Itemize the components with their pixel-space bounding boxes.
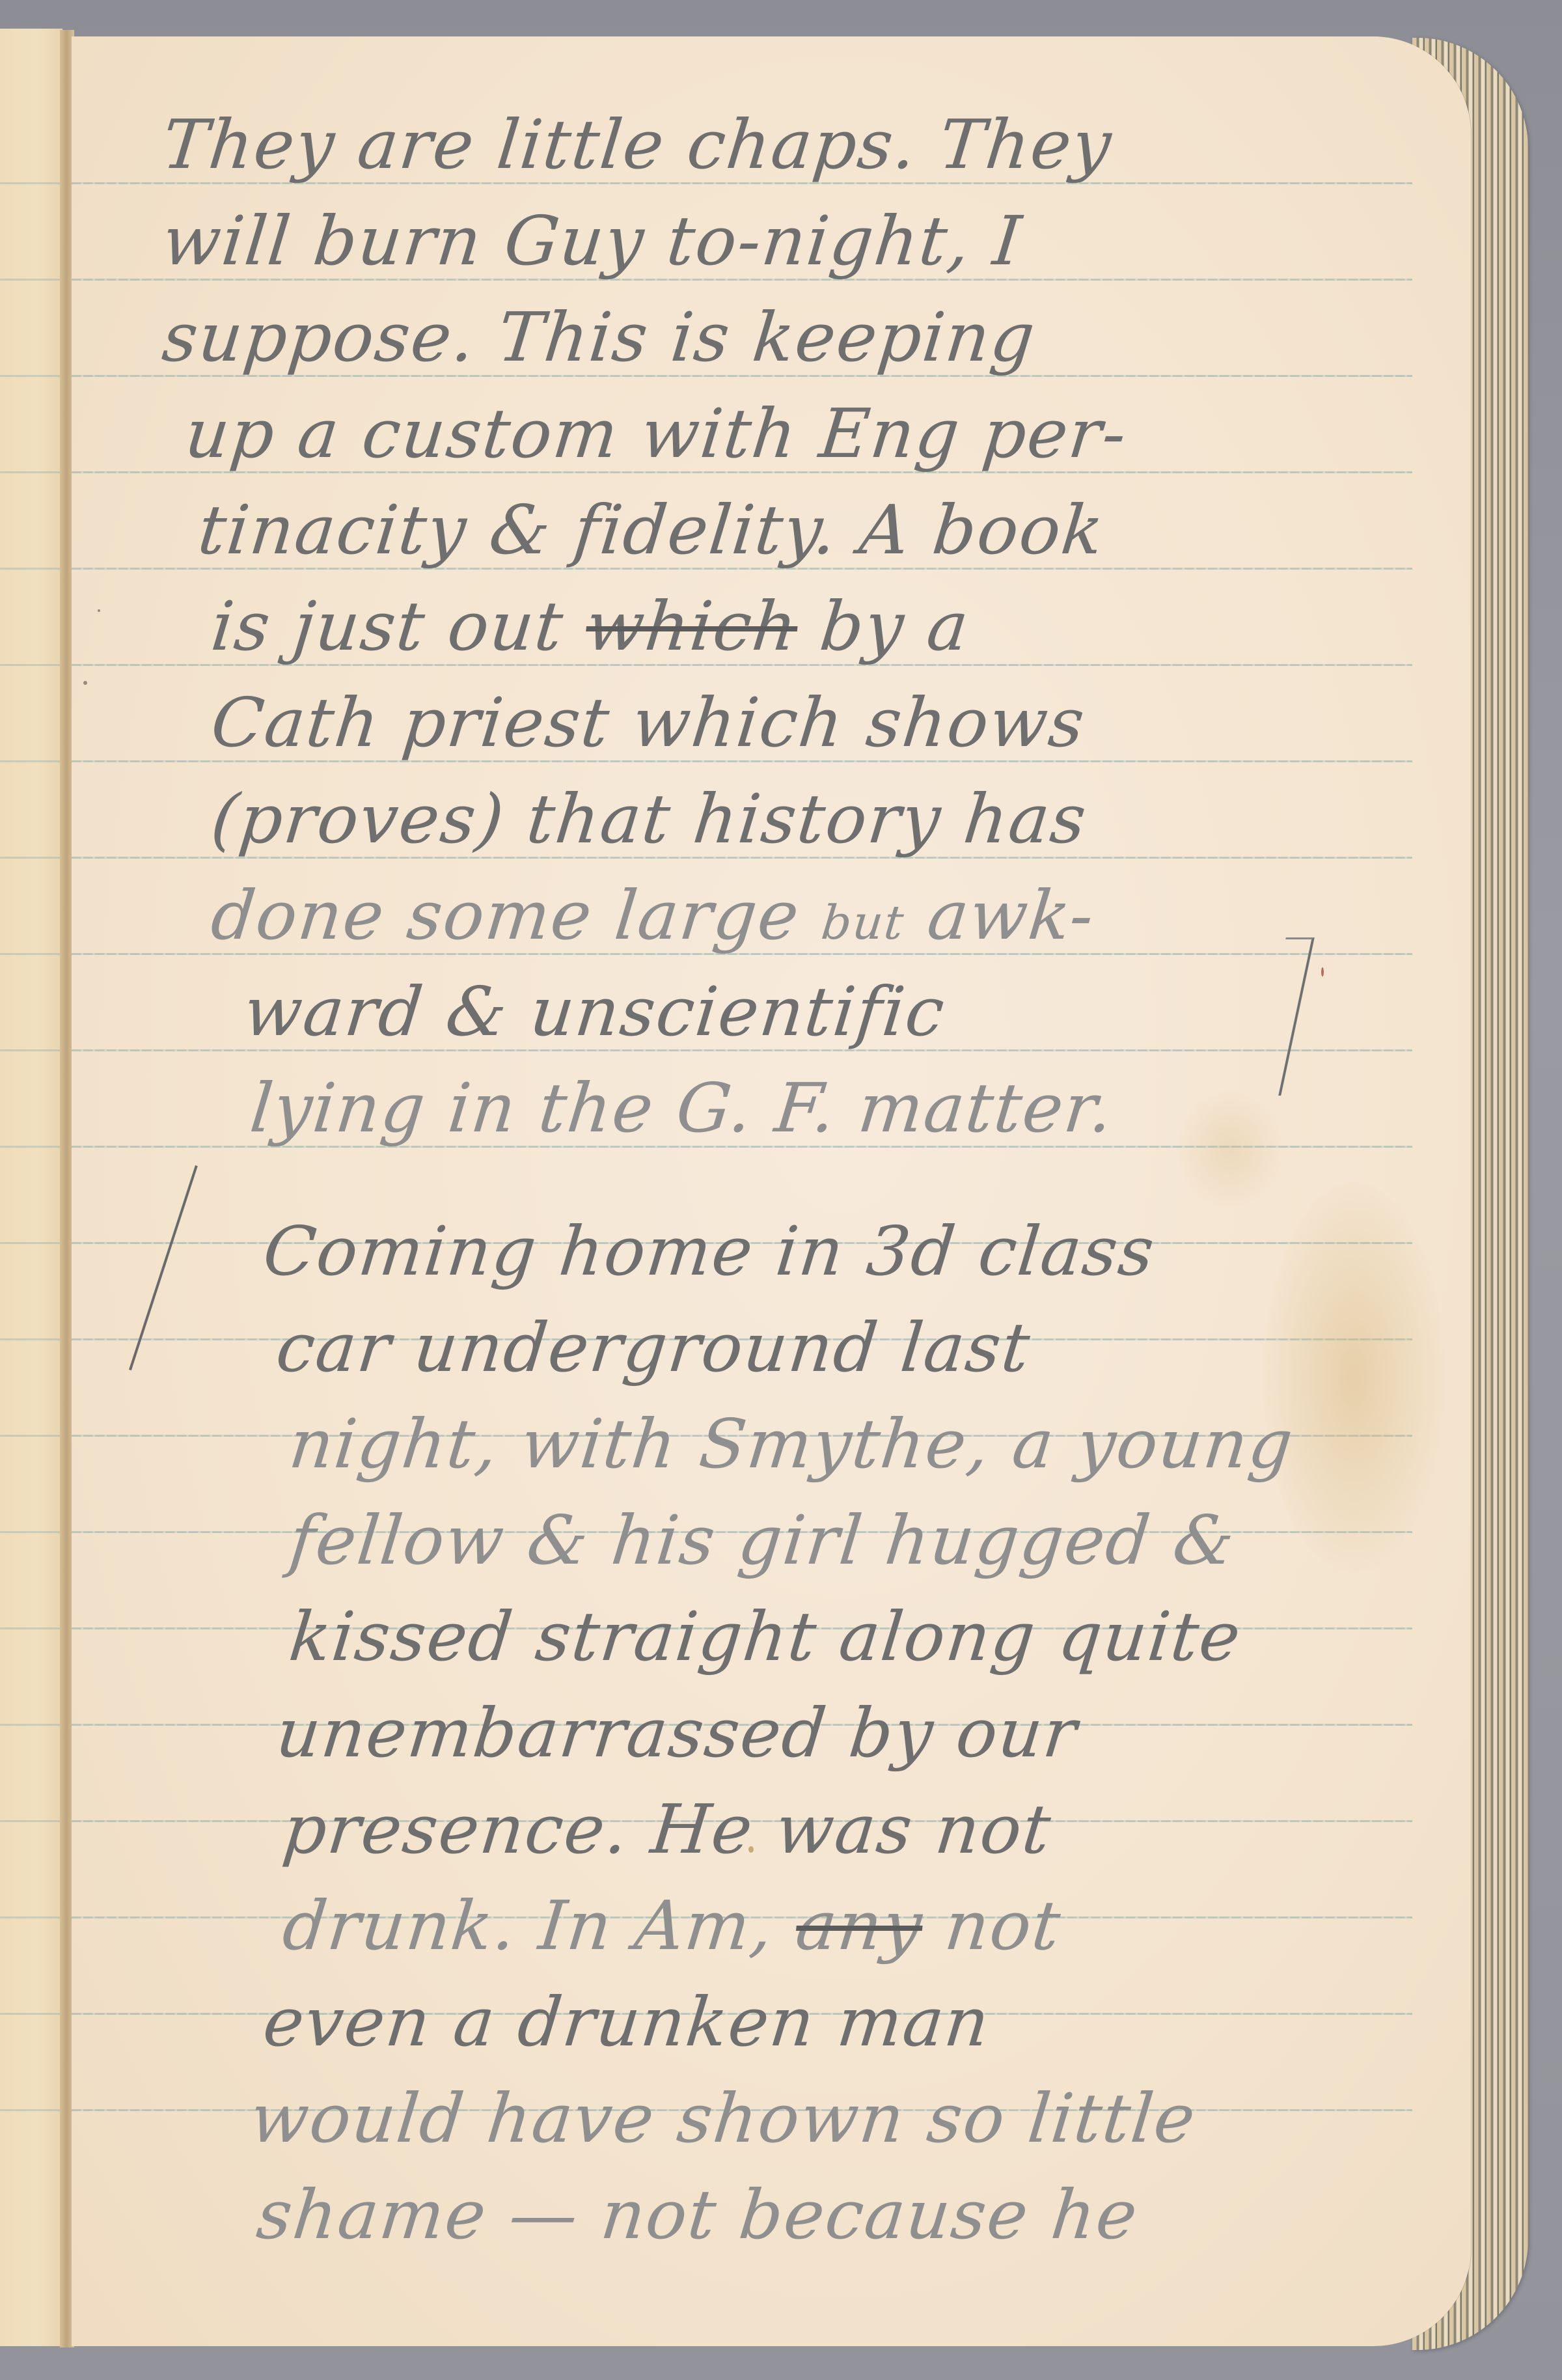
paper-stain bbox=[1178, 1091, 1282, 1208]
handwritten-line: Coming home in 3d class bbox=[260, 1217, 1158, 1285]
handwritten-line: presence. He was not bbox=[280, 1795, 1055, 1863]
handwritten-line: fellow & his girl hugged & bbox=[286, 1506, 1239, 1574]
handwritten-line: up a custom with Eng per- bbox=[182, 400, 1130, 467]
ruled-line bbox=[0, 1627, 62, 1629]
text-segment: awk- bbox=[901, 876, 1099, 955]
paper-speck bbox=[98, 609, 100, 612]
ruled-line bbox=[0, 1724, 62, 1726]
handwritten-line: will burn Guy to-night, I bbox=[159, 207, 1025, 275]
ruled-line bbox=[0, 1916, 62, 1918]
handwritten-line: shame — not because he bbox=[254, 2181, 1142, 2249]
paper-speck bbox=[83, 681, 87, 685]
struck-word: any bbox=[792, 1886, 927, 1965]
ruled-line bbox=[0, 857, 62, 859]
handwritten-line: would have shown so little bbox=[247, 2084, 1199, 2152]
handwritten-line: even a drunken man bbox=[260, 1988, 993, 2056]
ruled-line bbox=[0, 1435, 62, 1437]
handwritten-line: night, with Smythe, a young bbox=[286, 1410, 1297, 1478]
handwritten-line: is just out which by a bbox=[208, 592, 972, 660]
handwritten-line: tinacity & fidelity. A book bbox=[195, 496, 1108, 564]
ruled-line bbox=[0, 2013, 62, 2015]
handwritten-line: kissed straight along quite bbox=[286, 1603, 1244, 1670]
handwritten-line: (proves) that history has bbox=[208, 785, 1090, 853]
handwritten-line: Cath priest which shows bbox=[208, 689, 1089, 756]
handwritten-line: suppose. This is keeping bbox=[159, 303, 1039, 371]
ruled-line bbox=[0, 1242, 62, 1244]
ruled-line bbox=[0, 568, 62, 570]
handwritten-line: done some large but awk- bbox=[208, 881, 1098, 949]
ruled-line bbox=[0, 1338, 62, 1340]
facing-page-edge bbox=[0, 29, 62, 2346]
text-segment: not bbox=[918, 1886, 1065, 1965]
text-segment: drunk. In Am, bbox=[279, 1886, 801, 1965]
text-segment: by a bbox=[793, 587, 973, 666]
handwritten-line: drunk. In Am, any not bbox=[280, 1892, 1064, 1959]
ruled-line bbox=[0, 953, 62, 955]
ruled-line bbox=[0, 471, 62, 473]
ruled-line bbox=[0, 2109, 62, 2111]
ruled-line bbox=[0, 375, 62, 377]
ruled-line bbox=[0, 1049, 62, 1051]
handwritten-line: unembarrassed by our bbox=[273, 1699, 1081, 1767]
handwritten-line: ward & unscientific bbox=[241, 978, 948, 1045]
paper-stain bbox=[1263, 1182, 1445, 1573]
text-segment: done some large bbox=[208, 876, 827, 955]
inserted-word: but bbox=[819, 895, 907, 950]
handwritten-line: lying in the G. F. matter. bbox=[247, 1074, 1117, 1142]
ruled-line bbox=[0, 1146, 62, 1148]
text-segment: is just out bbox=[208, 587, 590, 666]
ruled-line bbox=[0, 279, 62, 281]
ruled-line bbox=[0, 760, 62, 762]
ruled-line bbox=[0, 664, 62, 666]
handwritten-line: They are little chaps. They bbox=[159, 111, 1116, 178]
ruled-line bbox=[0, 1531, 62, 1533]
handwritten-line: car underground last bbox=[273, 1314, 1034, 1381]
ruled-line bbox=[0, 1820, 62, 1822]
ruled-line bbox=[0, 182, 62, 184]
struck-word: which bbox=[582, 587, 802, 666]
paper-speck bbox=[1321, 967, 1324, 976]
